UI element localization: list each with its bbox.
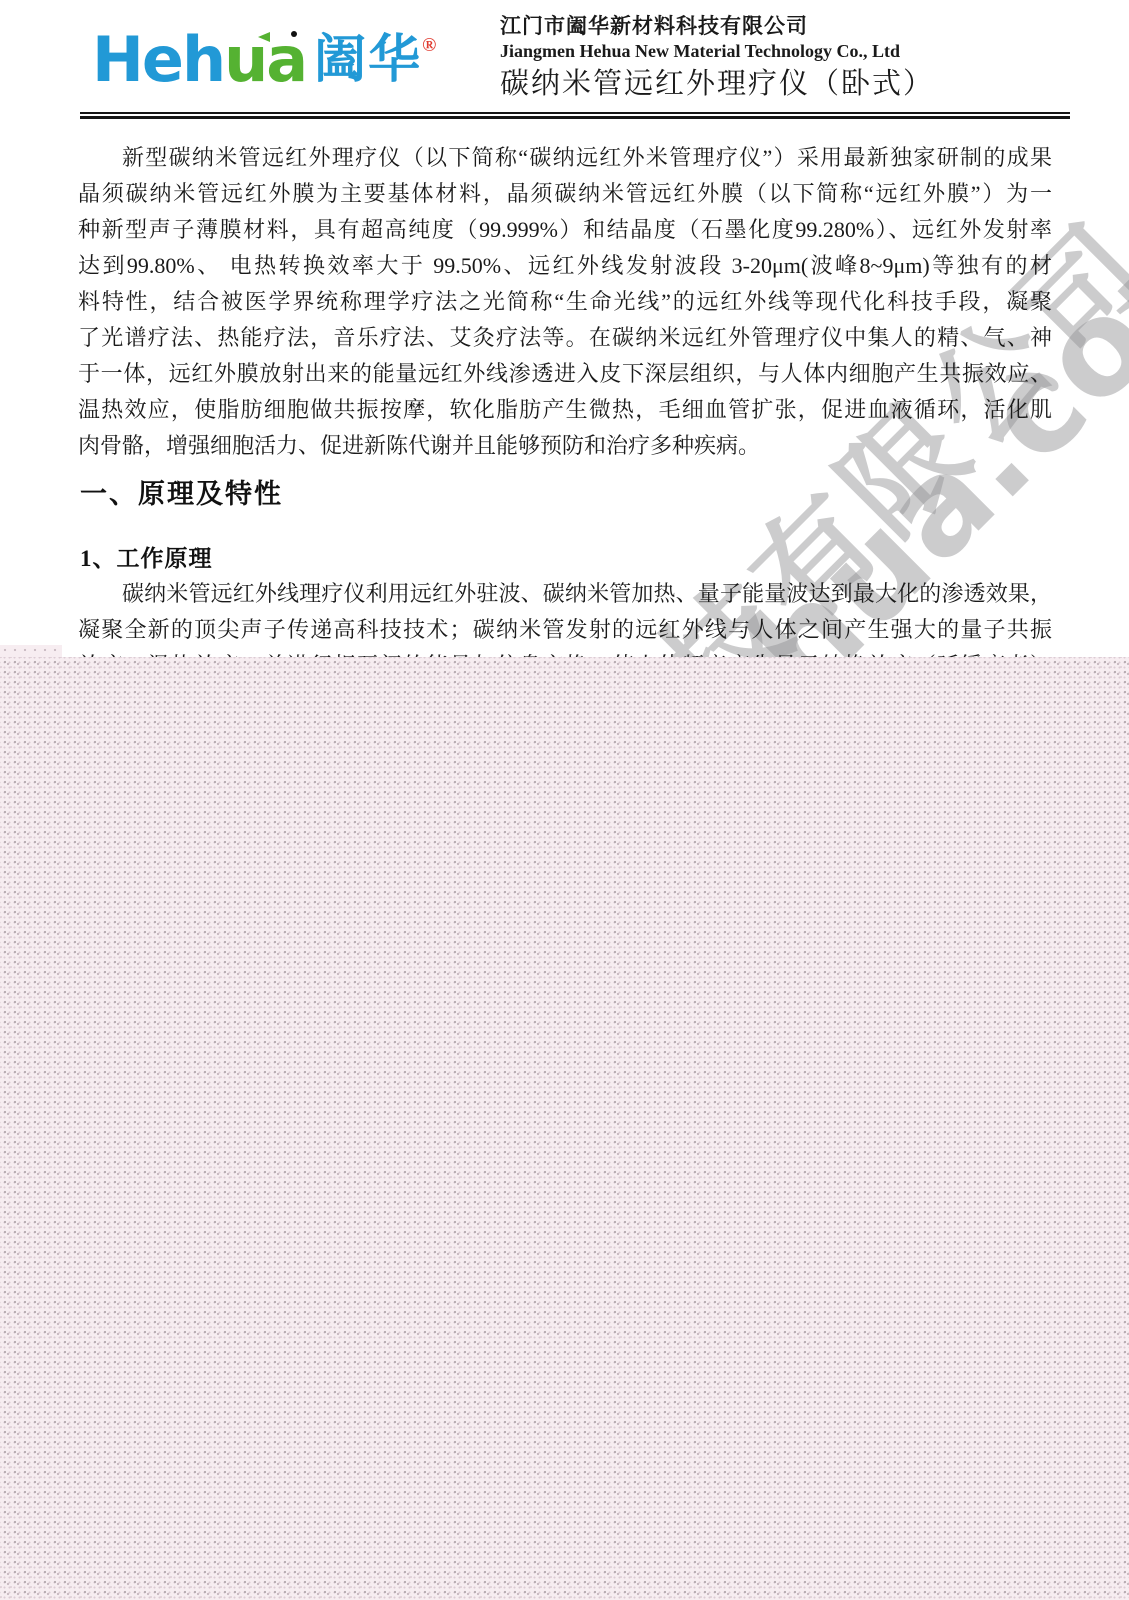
text-line: 于一体，远红外膜放射出来的能量远红外线渗透进入皮下深层组织，与人体内细胞产生共振… [78, 356, 1052, 392]
text-line: 碳纳米管远红外线理疗仪利用远红外驻波、碳纳米管加热、量子能量波达到最大化的渗透效… [78, 576, 1052, 612]
text-line: 新型碳纳米管远红外理疗仪（以下简称“碳纳远红外米管理疗仪”）采用最新独家研制的成… [78, 140, 1052, 176]
header-titles: 江门市阖华新材料科技有限公司 Jiangmen Hehua New Materi… [500, 14, 1060, 103]
company-name-cn: 江门市阖华新材料科技有限公司 [500, 14, 1060, 39]
scan-texture-area [0, 657, 1129, 1600]
text-line: 了光谱疗法、热能疗法，音乐疗法、艾灸疗法等。在碳纳米远红外管理疗仪中集人的精、气… [78, 320, 1052, 356]
logo-chinese-text: 阖华 [314, 18, 422, 102]
text-line: 肉骨骼，增强细胞活力、促进新陈代谢并且能够预防和治疗多种疾病。 [78, 428, 1052, 464]
section-heading: 一、原理及特性 [80, 472, 283, 511]
document-page: 科技有限公司 hehua.com Hehua 阖华 ® 江门市阖华新材料科技有限… [0, 0, 1129, 1600]
logo-text-blue: Heh [92, 23, 224, 96]
text-line: 料特性，结合被医学界统称理学疗法之光简称“生命光线”的远红外线等现代化科技手段，… [78, 284, 1052, 320]
text-line: 凝聚全新的顶尖声子传递高科技技术；碳纳米管发射的远红外线与人体之间产生强大的量子… [78, 612, 1052, 648]
logo-latin-text: Hehua [92, 18, 306, 102]
intro-paragraph: 新型碳纳米管远红外理疗仪（以下简称“碳纳远红外米管理疗仪”）采用最新独家研制的成… [78, 140, 1052, 464]
text-line: 种新型声子薄膜材料，具有超高纯度（99.999%）和结晶度（石墨化度99.280… [78, 212, 1052, 248]
document-title: 碳纳米管远红外理疗仪（卧式） [500, 65, 1060, 103]
registered-trademark-icon: ® [422, 36, 436, 55]
logo-bird-letter-a: a [266, 18, 306, 102]
header-divider-rule [80, 112, 1070, 119]
text-line: 达到99.80%、 电热转换效率大于 99.50%、远红外线发射波段 3-20μ… [78, 248, 1052, 284]
working-principle-paragraph: 碳纳米管远红外线理疗仪利用远红外驻波、碳纳米管加热、量子能量波达到最大化的渗透效… [78, 576, 1052, 648]
company-name-en: Jiangmen Hehua New Material Technology C… [500, 39, 1060, 63]
text-line: 晶须碳纳米管远红外膜为主要基体材料，晶须碳纳米管远红外膜（以下简称“远红外膜”）… [78, 176, 1052, 212]
logo-text-green-a: a [266, 23, 306, 96]
company-logo: Hehua 阖华 ® [92, 18, 436, 102]
text-line: 温热效应，使脂肪细胞做共振按摩，软化脂肪产生微热，毛细血管扩张，促进血液循环，活… [78, 392, 1052, 428]
section-subheading: 1、工作原理 [80, 540, 213, 573]
bird-beak-icon [258, 32, 270, 42]
